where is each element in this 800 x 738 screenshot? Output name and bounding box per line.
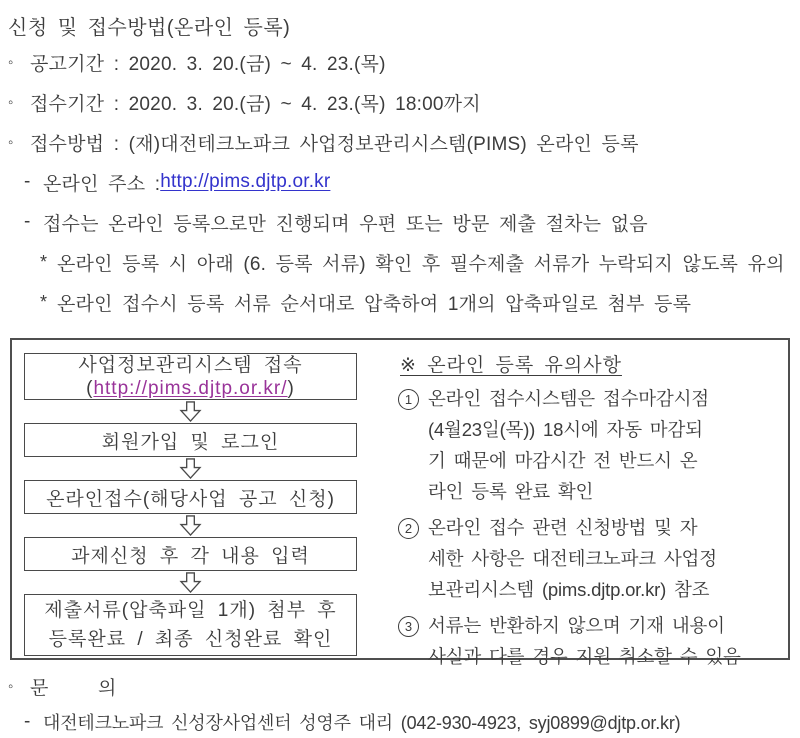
circled-number-1-icon: 1 [398,389,419,410]
circle-bullet-icon: ◦ [8,54,30,71]
dash-icon: - [24,711,43,733]
flow-step-2: 회원가입 및 로그인 [24,423,357,457]
asterisk-icon: * [40,292,57,313]
required-docs-note-text: 온라인 등록 시 아래 (6. 등록 서류) 확인 후 필수제출 서류가 누락되… [57,249,785,276]
announcement-period-line: ◦ 공고기간 : 2020. 3. 20.(금) ~ 4. 23.(목) [0,42,800,82]
flowchart: 사업정보관리시스템 접속 (http://pims.djtp.or.kr/) 회… [12,340,384,658]
reception-period-line: ◦ 접수기간 : 2020. 3. 20.(금) ~ 4. 23.(목) 18:… [0,82,800,122]
announcement-period-text: 공고기간 : 2020. 3. 20.(금) ~ 4. 23.(목) [30,49,386,76]
circle-bullet-icon: ◦ [8,94,30,111]
inquiry-line: ◦ 문 의 [0,668,800,704]
pims-url-link[interactable]: http://pims.djtp.or.kr [160,171,330,193]
notice-item-1: 1 온라인 접수시스템은 접수마감시점 (4월23일(목)) 18시에 자동 마… [398,383,776,507]
notice-item-2-text: 온라인 접수 관련 신청방법 및 자 세한 사항은 대전테크노파크 사업정 보관… [428,512,717,605]
zip-file-note-line: * 온라인 접수시 등록 서류 순서대로 압축하여 1개의 압축파일로 첨부 등… [0,282,800,322]
down-arrow-icon [24,571,357,594]
dash-icon: - [24,211,43,233]
page-title: 신청 및 접수방법(온라인 등록) [0,0,800,42]
flow-step-1-url-line: (http://pims.djtp.or.kr/) [86,377,295,400]
asterisk-icon: * [40,252,57,273]
notice-heading: ※ 온라인 등록 유의사항 [400,350,776,377]
flow-step-1: 사업정보관리시스템 접속 (http://pims.djtp.or.kr/) [24,353,357,400]
circle-bullet-icon: ◦ [8,134,30,151]
circle-bullet-icon: ◦ [8,678,30,695]
circled-number-2-icon: 2 [398,518,419,539]
paren-close: ) [288,378,295,399]
flow-step-4: 과제신청 후 각 내용 입력 [24,537,357,571]
online-only-note-line: - 접수는 온라인 등록으로만 진행되며 우편 또는 방문 제출 절차는 없음 [0,202,800,242]
dash-icon: - [24,171,43,193]
contact-line: - 대전테크노파크 신성장사업센터 성영주 대리 (042-930-4923, … [0,704,800,738]
document-page: 신청 및 접수방법(온라인 등록) ◦ 공고기간 : 2020. 3. 20.(… [0,0,800,738]
required-docs-note-line: * 온라인 등록 시 아래 (6. 등록 서류) 확인 후 필수제출 서류가 누… [0,242,800,282]
down-arrow-icon [24,400,357,423]
contact-detail: 대전테크노파크 신성장사업센터 성영주 대리 (042-930-4923, sy… [43,709,680,735]
down-arrow-icon [24,457,357,480]
flow-step-5: 제출서류(압축파일 1개) 첨부 후 등록완료 / 최종 신청완료 확인 [24,594,357,656]
pims-url-link-flow[interactable]: http://pims.djtp.or.kr/ [93,378,287,399]
flow-step-3: 온라인접수(해당사업 공고 신청) [24,480,357,514]
notice-item-3: 3 서류는 반환하지 않으며 기재 내용이 사실과 다를 경우 지원 취소할 수… [398,610,776,672]
notice-item-2: 2 온라인 접수 관련 신청방법 및 자 세한 사항은 대전테크노파크 사업정 … [398,512,776,605]
online-address-line: - 온라인 주소 : http://pims.djtp.or.kr [0,162,800,202]
notice-item-3-text: 서류는 반환하지 않으며 기재 내용이 사실과 다를 경우 지원 취소할 수 있… [428,610,741,672]
registration-flow-panel: 사업정보관리시스템 접속 (http://pims.djtp.or.kr/) 회… [10,338,790,660]
notice-panel: ※ 온라인 등록 유의사항 1 온라인 접수시스템은 접수마감시점 (4월23일… [398,340,776,658]
inquiry-label: 문 의 [30,673,116,700]
zip-file-note-text: 온라인 접수시 등록 서류 순서대로 압축하여 1개의 압축파일로 첨부 등록 [57,289,691,316]
reception-period-text: 접수기간 : 2020. 3. 20.(금) ~ 4. 23.(목) 18:00… [30,89,481,116]
down-arrow-icon [24,514,357,537]
online-only-note-text: 접수는 온라인 등록으로만 진행되며 우편 또는 방문 제출 절차는 없음 [43,209,648,236]
reception-method-line: ◦ 접수방법 : (재)대전테크노파크 사업정보관리시스템(PIMS) 온라인 … [0,122,800,162]
flow-step-1-title: 사업정보관리시스템 접속 [78,354,302,377]
reception-method-text: 접수방법 : (재)대전테크노파크 사업정보관리시스템(PIMS) 온라인 등록 [30,129,639,156]
online-address-label: 온라인 주소 : [43,169,160,196]
notice-item-1-text: 온라인 접수시스템은 접수마감시점 (4월23일(목)) 18시에 자동 마감되… [428,383,709,507]
circled-number-3-icon: 3 [398,616,419,637]
